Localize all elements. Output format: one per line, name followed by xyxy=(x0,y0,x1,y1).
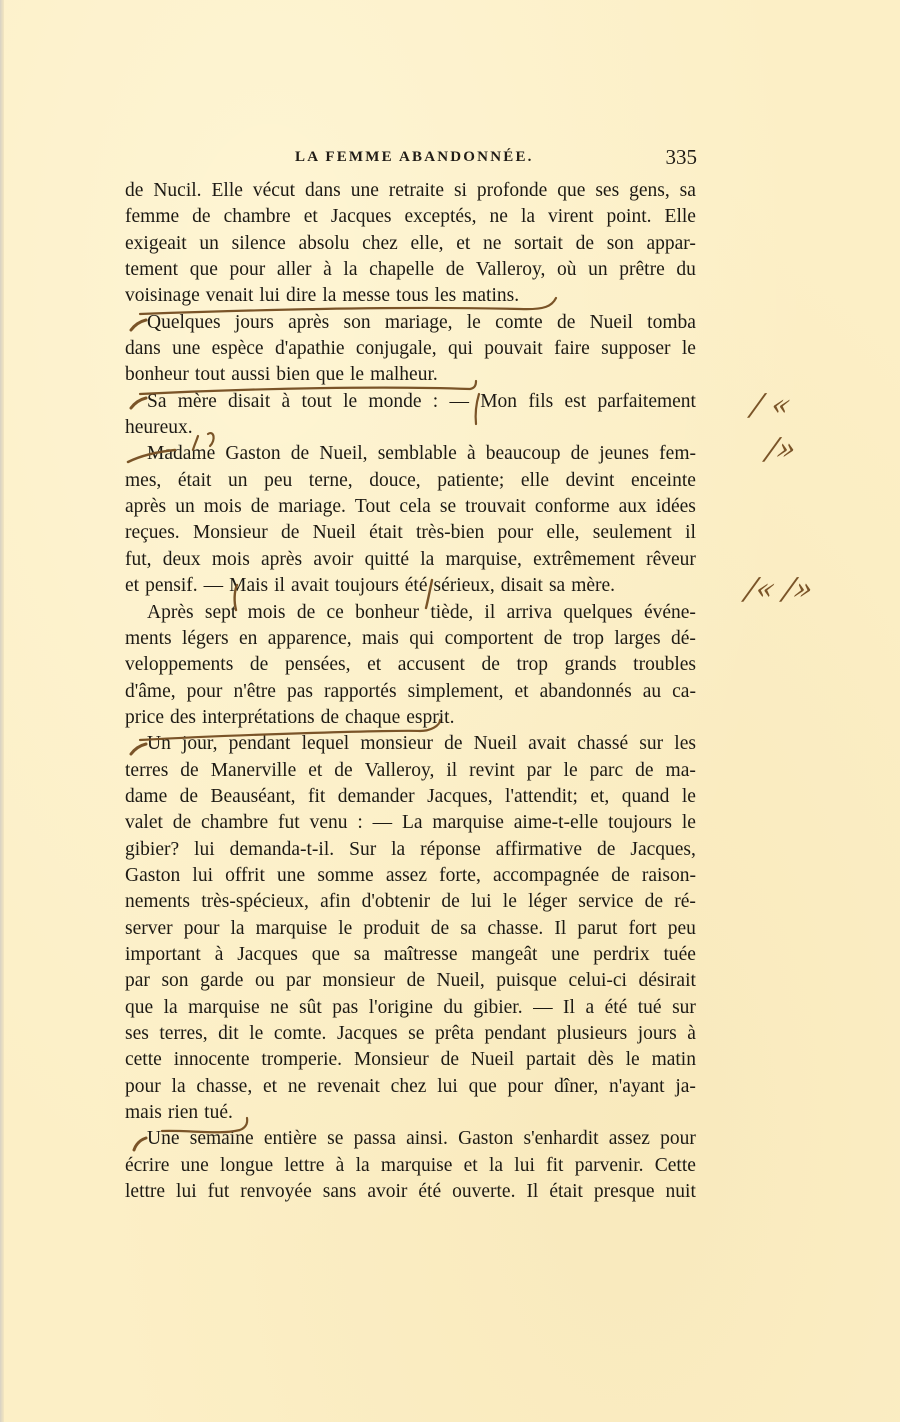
word: marquise xyxy=(432,810,503,836)
word: ne xyxy=(490,204,508,230)
word: marquise, xyxy=(446,547,522,573)
word: apparence, xyxy=(268,626,352,652)
text-line: pourlachasse,etnerevenaitchezluiquepourd… xyxy=(125,1074,696,1100)
text-line: femmedechambreetJacquesexceptés,nelavire… xyxy=(125,204,696,230)
word: accusent xyxy=(398,652,465,678)
word: fut xyxy=(278,810,300,836)
word: que xyxy=(312,942,340,968)
word: assez xyxy=(386,863,427,889)
word: était xyxy=(178,468,212,494)
word: monde xyxy=(368,389,421,415)
word: gibier? xyxy=(125,837,179,863)
word: de xyxy=(446,257,464,283)
word: semaine xyxy=(190,1126,254,1152)
word: le xyxy=(626,1047,640,1073)
word: lui xyxy=(437,1074,458,1100)
word: été xyxy=(405,573,428,599)
word: de xyxy=(431,916,449,942)
word: par xyxy=(527,758,552,784)
word: le xyxy=(343,389,357,415)
word: idées xyxy=(656,494,696,520)
word: mariage. xyxy=(278,494,346,520)
word: interprétations xyxy=(202,705,315,731)
running-title: LA FEMME ABANDONNÉE. xyxy=(295,149,534,166)
word: le xyxy=(249,1021,263,1047)
text-line: Quelquesjoursaprèssonmariage,lecomtedeNu… xyxy=(125,310,696,336)
word: semblable xyxy=(378,441,457,467)
text-line: veloppementsdepensées,etaccusentdetropgr… xyxy=(125,652,696,678)
word: Nueil, xyxy=(437,968,485,994)
word: tué xyxy=(638,995,662,1021)
word: trop xyxy=(517,652,548,678)
word: de xyxy=(173,810,191,836)
word: pensées, xyxy=(285,652,351,678)
word: désirait xyxy=(639,968,696,994)
word: qui xyxy=(409,626,434,652)
word: Valleroy, xyxy=(365,758,435,784)
word: Un xyxy=(147,731,171,757)
word: accompagnée xyxy=(493,863,599,889)
word: quitté xyxy=(365,547,409,573)
word: de xyxy=(544,626,562,652)
page-number: 335 xyxy=(666,145,698,170)
word: mère. xyxy=(571,573,615,599)
word: pouvait xyxy=(484,336,543,362)
word: puisque xyxy=(496,968,557,994)
word: sa xyxy=(354,942,370,968)
word: à xyxy=(282,389,291,415)
word: terres, xyxy=(159,1021,207,1047)
word: silence xyxy=(232,231,286,257)
word: que xyxy=(316,362,344,388)
word: innocente xyxy=(174,1047,250,1073)
word: tous xyxy=(396,283,429,309)
word: chasse. xyxy=(488,916,544,942)
word: aussi xyxy=(231,362,270,388)
word: du xyxy=(443,995,463,1021)
word: avait xyxy=(291,573,329,599)
word: de xyxy=(441,889,459,915)
word: monsieur xyxy=(360,731,433,757)
word: Cette xyxy=(655,1153,696,1179)
word: de xyxy=(180,758,198,784)
text-line: etpensif.—Maisilavaittoujoursétésérieux,… xyxy=(125,573,696,599)
word: enceinte xyxy=(631,468,696,494)
word: Nueil xyxy=(474,731,517,757)
running-head: LA FEMME ABANDONNÉE. 335 xyxy=(125,143,697,173)
text-line: tementquepouralleràlachapelledeValleroy,… xyxy=(125,257,696,283)
text-line: fut,deuxmoisaprèsavoirquittélamarquise,e… xyxy=(125,547,696,573)
word: tement xyxy=(125,257,178,283)
word: Il xyxy=(563,995,575,1021)
word: perdrix xyxy=(593,942,649,968)
word: pas xyxy=(287,679,313,705)
word: tiède, xyxy=(430,600,473,626)
word: Gaston xyxy=(225,441,280,467)
word: ne xyxy=(270,995,288,1021)
text-line: bonheurtoutaussibienquelemalheur. xyxy=(125,362,696,388)
word: fort xyxy=(629,916,657,942)
word: de xyxy=(441,1047,459,1073)
word: partait xyxy=(526,1047,576,1073)
word: rêveur xyxy=(646,547,696,573)
word: son xyxy=(344,310,371,336)
word: bonheur xyxy=(125,362,189,388)
word: pendant xyxy=(485,1021,547,1047)
text-line: valetdechambrefutvenu:—Lamarquiseaime-t-… xyxy=(125,810,696,836)
word: tuée xyxy=(663,942,695,968)
word: : xyxy=(357,810,362,836)
body-text: deNucil.Ellevécutdansuneretraitesiprofon… xyxy=(125,178,696,1205)
word: offrit xyxy=(225,863,265,889)
word: arriva xyxy=(507,600,552,626)
word: passa xyxy=(354,1126,396,1152)
word: léger xyxy=(528,889,567,915)
text-line: damedeBeauséant,fitdemanderJacques,l'att… xyxy=(125,784,696,810)
word: Tout xyxy=(355,494,390,520)
word: de xyxy=(557,310,575,336)
word: de xyxy=(611,863,629,889)
word: son xyxy=(607,231,634,257)
word: sept xyxy=(205,600,236,626)
text-line: MadameGastondeNueil,semblableàbeaucoupde… xyxy=(125,441,696,467)
word: mariage, xyxy=(385,310,453,336)
word: terne, xyxy=(309,468,353,494)
word: des xyxy=(170,705,196,731)
word: de xyxy=(334,758,352,784)
word: très-bien xyxy=(416,520,484,546)
text-line: voisinagevenaitluidirelamessetouslesmati… xyxy=(125,283,696,309)
word: troubles xyxy=(633,652,696,678)
word: dans xyxy=(125,336,161,362)
word: douce, xyxy=(369,468,420,494)
text-line: deNucil.Ellevécutdansuneretraitesiprofon… xyxy=(125,178,696,204)
word: jeunes xyxy=(599,441,649,467)
word: sur xyxy=(672,995,696,1021)
word: dès xyxy=(588,1047,614,1073)
word: mois xyxy=(204,494,242,520)
word: de xyxy=(571,441,589,467)
word: le xyxy=(682,784,696,810)
word: le xyxy=(503,889,517,915)
word: assez xyxy=(609,1126,650,1152)
word: grands xyxy=(565,652,617,678)
word: le xyxy=(682,810,696,836)
word: rien xyxy=(168,1100,198,1126)
word: Quelques xyxy=(147,310,221,336)
word: veloppements xyxy=(125,652,233,678)
word: revint xyxy=(469,758,514,784)
word: n'être xyxy=(233,679,276,705)
word: avoir xyxy=(313,547,353,573)
word: celui-ci xyxy=(569,968,627,994)
word: parvenir. xyxy=(575,1153,644,1179)
word: cette xyxy=(125,1047,162,1073)
word: Nueil, xyxy=(319,441,367,467)
word: de xyxy=(482,652,500,678)
word: lequel xyxy=(302,731,350,757)
text-line: maisrientué. xyxy=(125,1100,696,1126)
word: le xyxy=(350,362,364,388)
word: est xyxy=(565,389,587,415)
word: lui xyxy=(192,863,213,889)
word: chambre xyxy=(224,204,291,230)
word: aller xyxy=(277,257,312,283)
word: il xyxy=(685,520,696,546)
word: mais xyxy=(362,626,399,652)
word: ja- xyxy=(675,1074,696,1100)
word: exceptés, xyxy=(405,204,477,230)
word: chapelle xyxy=(369,257,434,283)
word: : xyxy=(433,389,438,415)
word: que xyxy=(469,1074,497,1100)
word: de xyxy=(407,968,425,994)
word: avoir xyxy=(367,1179,407,1205)
word: devint xyxy=(566,468,615,494)
word: le xyxy=(338,916,352,942)
word: était xyxy=(549,1179,583,1205)
word: par xyxy=(125,968,150,994)
word: pendant xyxy=(229,731,291,757)
word: après xyxy=(288,310,329,336)
word: de xyxy=(180,784,198,810)
word: du xyxy=(676,257,696,283)
word: était xyxy=(369,520,403,546)
text-line: gibier?luidemanda-t-il.Surlaréponseaffir… xyxy=(125,837,696,863)
word: au xyxy=(643,679,661,705)
word: somme xyxy=(317,863,373,889)
word: Gaston xyxy=(125,863,180,889)
word: retraite xyxy=(389,178,444,204)
word: et xyxy=(263,1074,277,1100)
word: avait xyxy=(528,731,566,757)
word: forte, xyxy=(439,863,481,889)
word: afin xyxy=(320,889,350,915)
word: la xyxy=(391,837,405,863)
word: le xyxy=(564,758,578,784)
text-line: mes,étaitunpeuterne,douce,patiente;elled… xyxy=(125,468,696,494)
word: sût xyxy=(299,995,322,1021)
word: affirmative xyxy=(496,837,582,863)
word: service xyxy=(578,889,633,915)
word: une xyxy=(551,942,579,968)
word: l'origine xyxy=(369,995,433,1021)
word: d'obtenir xyxy=(362,889,431,915)
word: conforme xyxy=(535,494,610,520)
text-line: Samèredisaitàtoutlemonde:—Monfilsestparf… xyxy=(125,389,696,415)
word: sa xyxy=(680,178,696,204)
text-line: terresdeManervilleetdeValleroy,ilrevintp… xyxy=(125,758,696,784)
word: de xyxy=(576,231,594,257)
word: s'enhardit xyxy=(524,1126,599,1152)
text-line: quelamarquisenesûtpasl'originedugibier.—… xyxy=(125,995,696,1021)
word: valet xyxy=(125,810,163,836)
margin-quote-mark-icon: /» xyxy=(763,432,799,467)
word: la xyxy=(356,1153,370,1179)
word: dit xyxy=(218,1021,239,1047)
word: comportent xyxy=(445,626,534,652)
word: il xyxy=(274,573,285,599)
word: abandonnés xyxy=(540,679,632,705)
word: légers xyxy=(182,626,229,652)
word: le xyxy=(682,336,696,362)
word: tromperie. xyxy=(261,1047,342,1073)
word: en xyxy=(239,626,257,652)
word: price xyxy=(125,705,164,731)
word: peu xyxy=(668,916,696,942)
word: Jacques, xyxy=(427,784,493,810)
word: par xyxy=(286,968,311,994)
text-line: serverpourlamarquiseleproduitdesachasse.… xyxy=(125,916,696,942)
word: chassé xyxy=(577,731,628,757)
word: parfaitement xyxy=(597,389,696,415)
text-line: importantàJacquesquesamaîtressemangeâtun… xyxy=(125,942,696,968)
word: — xyxy=(533,995,553,1021)
word: virent xyxy=(548,204,593,230)
word: écrire xyxy=(125,1153,169,1179)
word: Nueil xyxy=(590,310,633,336)
word: après xyxy=(125,494,166,520)
word: et xyxy=(464,1153,478,1179)
word: pensif. xyxy=(145,573,198,599)
word: ne xyxy=(483,231,501,257)
word: il xyxy=(484,600,495,626)
word: tout xyxy=(301,389,331,415)
word: Il xyxy=(554,916,566,942)
word: Nueil xyxy=(471,1047,514,1073)
word: mangeât xyxy=(471,942,537,968)
word: ma- xyxy=(666,758,696,784)
word: de xyxy=(192,204,210,230)
word: un xyxy=(228,468,248,494)
text-line: heureux. xyxy=(125,415,696,441)
word: ments xyxy=(125,626,172,652)
word: ce xyxy=(327,600,344,626)
word: une xyxy=(351,178,379,204)
word: voisinage xyxy=(125,283,200,309)
word: les xyxy=(674,731,696,757)
word: gibier. xyxy=(473,995,522,1021)
text-line: mentslégersenapparence,maisquicomportent… xyxy=(125,626,696,652)
word: bonheur xyxy=(355,600,419,626)
word: prêtre xyxy=(619,257,664,283)
word: Manerville xyxy=(211,758,297,784)
word: extrêmement xyxy=(533,547,635,573)
word: tout xyxy=(195,362,225,388)
word: matin xyxy=(652,1047,696,1073)
word: peu xyxy=(264,468,292,494)
word: mes, xyxy=(125,468,161,494)
word: jour, xyxy=(182,731,218,757)
word: fit xyxy=(546,1153,563,1179)
word: Monsieur xyxy=(354,1047,429,1073)
word: Jacques xyxy=(237,942,298,968)
text-line: parsongardeouparmonsieurdeNueil,puisquec… xyxy=(125,968,696,994)
word: sa xyxy=(460,916,476,942)
text-line: reçues.MonsieurdeNueilétaittrès-bienpour… xyxy=(125,520,696,546)
word: chez xyxy=(391,1074,427,1100)
word: qui xyxy=(448,336,473,362)
word: dé- xyxy=(671,626,696,652)
word: lui xyxy=(194,837,215,863)
word: quand xyxy=(622,784,670,810)
word: jours xyxy=(235,310,274,336)
word: Beauséant, xyxy=(211,784,296,810)
word: de xyxy=(297,600,315,626)
word: parc xyxy=(590,758,624,784)
word: de xyxy=(281,520,299,546)
word: trop xyxy=(573,626,604,652)
text-line: exigeaitunsilenceabsoluchezelle,etnesort… xyxy=(125,231,696,257)
word: ses xyxy=(125,1021,149,1047)
word: lui xyxy=(176,1179,197,1205)
word: demanda-t-il. xyxy=(230,837,335,863)
word: produit xyxy=(363,916,419,942)
word: que xyxy=(190,257,218,283)
word: dame xyxy=(125,784,167,810)
word: à xyxy=(467,441,476,467)
word: important xyxy=(125,942,201,968)
word: mois xyxy=(248,600,286,626)
word: bien xyxy=(276,362,310,388)
word: ou xyxy=(255,968,275,994)
word: la xyxy=(420,547,434,573)
word: Mais xyxy=(229,573,268,599)
word: mois xyxy=(212,547,250,573)
word: d'apathie xyxy=(275,336,345,362)
word: absolu xyxy=(298,231,349,257)
text-line: Aprèsseptmoisdecebonheurtiède,ilarrivaqu… xyxy=(125,600,696,626)
word: de xyxy=(250,652,268,678)
word: Madame xyxy=(147,441,215,467)
word: elle, xyxy=(546,520,579,546)
word: renvoyée xyxy=(240,1179,311,1205)
word: se xyxy=(408,1021,424,1047)
word: vécut xyxy=(253,178,295,204)
word: la xyxy=(164,995,178,1021)
word: sur xyxy=(639,731,663,757)
word: tué. xyxy=(204,1100,233,1126)
word: malheur. xyxy=(370,362,438,388)
margin-quote-mark-icon: /« /» xyxy=(742,572,816,607)
word: Sa xyxy=(147,389,167,415)
word: entière xyxy=(264,1126,317,1152)
word: esprit. xyxy=(406,705,454,731)
word: ses xyxy=(595,178,619,204)
word: seulement xyxy=(593,520,672,546)
word: cela xyxy=(399,494,430,520)
word: Monsieur xyxy=(193,520,268,546)
word: et xyxy=(456,231,470,257)
text-line: aprèsunmoisdemariage.Toutcelasetrouvaitc… xyxy=(125,494,696,520)
word: Jacques xyxy=(331,204,392,230)
word: conjugale, xyxy=(356,336,437,362)
word: deux xyxy=(163,547,201,573)
word: se xyxy=(440,494,456,520)
word: sérieux, xyxy=(434,573,495,599)
word: la xyxy=(521,204,535,230)
word: de xyxy=(125,178,143,204)
word: une xyxy=(181,1153,209,1179)
text-line: sesterres,ditlecomte.Jacquesseprêtapenda… xyxy=(125,1021,696,1047)
word: patiente; xyxy=(437,468,504,494)
word: marquise xyxy=(188,995,259,1021)
word: gens, xyxy=(629,178,670,204)
text-line: dansuneespèced'apathieconjugale,quipouva… xyxy=(125,336,696,362)
word: disait xyxy=(501,573,543,599)
word: la xyxy=(343,257,357,283)
word: pour xyxy=(184,916,220,942)
